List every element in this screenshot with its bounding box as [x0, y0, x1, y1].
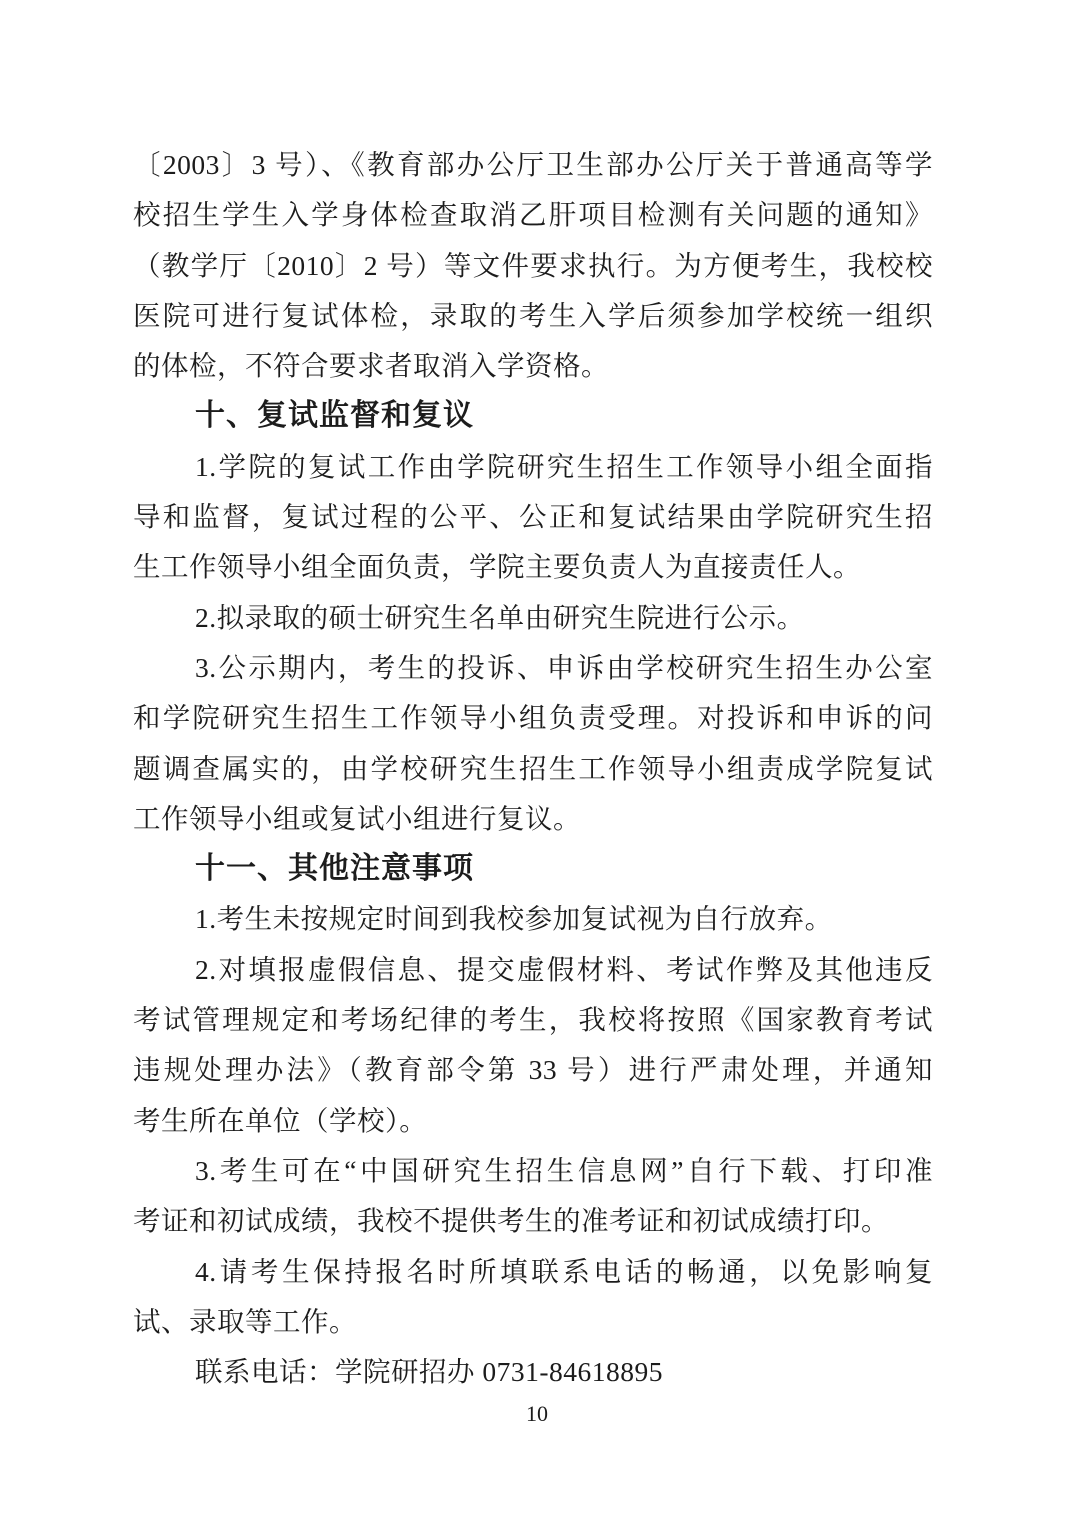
- section-heading: 十一、其他注意事项: [133, 844, 933, 894]
- paragraph: 4.请考生保持报名时所填联系电话的畅通，以免影响复试、录取等工作。: [133, 1247, 933, 1348]
- page-number: 10: [0, 1398, 1074, 1430]
- text-line: 医院可进行复试体检，录取的考生入学后须参加学校统一组织: [133, 291, 933, 341]
- text-line: 联系电话：学院研招办 0731-84618895: [133, 1347, 933, 1397]
- text-line: 考生所在单位（学校）。: [133, 1096, 933, 1146]
- text-line: 考试管理规定和考场纪律的考生，我校将按照《国家教育考试: [133, 995, 933, 1045]
- text-line: 1.考生未按规定时间到我校参加复试视为自行放弃。: [133, 894, 933, 944]
- text-line: 〔2003〕3 号）、《教育部办公厅卫生部办公厅关于普通高等学: [133, 140, 933, 190]
- text-line: 和学院研究生招生工作领导小组负责受理。对投诉和申诉的问: [133, 693, 933, 743]
- document-content: 〔2003〕3 号）、《教育部办公厅卫生部办公厅关于普通高等学校招生学生入学身体…: [133, 140, 933, 1397]
- text-line: 4.请考生保持报名时所填联系电话的畅通，以免影响复: [133, 1247, 933, 1297]
- text-line: 的体检，不符合要求者取消入学资格。: [133, 341, 933, 391]
- text-line: （教学厅〔2010〕2 号）等文件要求执行。为方便考生，我校校: [133, 241, 933, 291]
- paragraph: 1.学院的复试工作由学院研究生招生工作领导小组全面指导和监督，复试过程的公平、公…: [133, 442, 933, 593]
- text-line: 工作领导小组或复试小组进行复议。: [133, 794, 933, 844]
- text-line: 1.学院的复试工作由学院研究生招生工作领导小组全面指: [133, 442, 933, 492]
- text-line: 导和监督，复试过程的公平、公正和复试结果由学院研究生招: [133, 492, 933, 542]
- text-line: 题调查属实的，由学校研究生招生工作领导小组责成学院复试: [133, 744, 933, 794]
- text-line: 十一、其他注意事项: [133, 844, 933, 894]
- text-line: 违规处理办法》（教育部令第 33 号）进行严肃处理，并通知: [133, 1045, 933, 1095]
- text-line: 2.拟录取的硕士研究生名单由研究生院进行公示。: [133, 593, 933, 643]
- section-heading: 十、复试监督和复议: [133, 391, 933, 441]
- text-line: 校招生学生入学身体检查取消乙肝项目检测有关问题的通知》: [133, 190, 933, 240]
- paragraph: 2.对填报虚假信息、提交虚假材料、考试作弊及其他违反考试管理规定和考场纪律的考生…: [133, 945, 933, 1146]
- paragraph: 联系电话：学院研招办 0731-84618895: [133, 1347, 933, 1397]
- paragraph: 3.公示期内，考生的投诉、申诉由学校研究生招生办公室和学院研究生招生工作领导小组…: [133, 643, 933, 844]
- text-line: 十、复试监督和复议: [133, 391, 933, 441]
- paragraph: 〔2003〕3 号）、《教育部办公厅卫生部办公厅关于普通高等学校招生学生入学身体…: [133, 140, 933, 391]
- text-line: 2.对填报虚假信息、提交虚假材料、考试作弊及其他违反: [133, 945, 933, 995]
- text-line: 3.考生可在“中国研究生招生信息网”自行下载、打印准: [133, 1146, 933, 1196]
- paragraph: 2.拟录取的硕士研究生名单由研究生院进行公示。: [133, 593, 933, 643]
- text-line: 生工作领导小组全面负责，学院主要负责人为直接责任人。: [133, 542, 933, 592]
- text-line: 考证和初试成绩，我校不提供考生的准考证和初试成绩打印。: [133, 1196, 933, 1246]
- text-line: 试、录取等工作。: [133, 1297, 933, 1347]
- document-page: 〔2003〕3 号）、《教育部办公厅卫生部办公厅关于普通高等学校招生学生入学身体…: [0, 0, 1074, 1520]
- paragraph: 1.考生未按规定时间到我校参加复试视为自行放弃。: [133, 894, 933, 944]
- text-line: 3.公示期内，考生的投诉、申诉由学校研究生招生办公室: [133, 643, 933, 693]
- paragraph: 3.考生可在“中国研究生招生信息网”自行下载、打印准考证和初试成绩，我校不提供考…: [133, 1146, 933, 1247]
